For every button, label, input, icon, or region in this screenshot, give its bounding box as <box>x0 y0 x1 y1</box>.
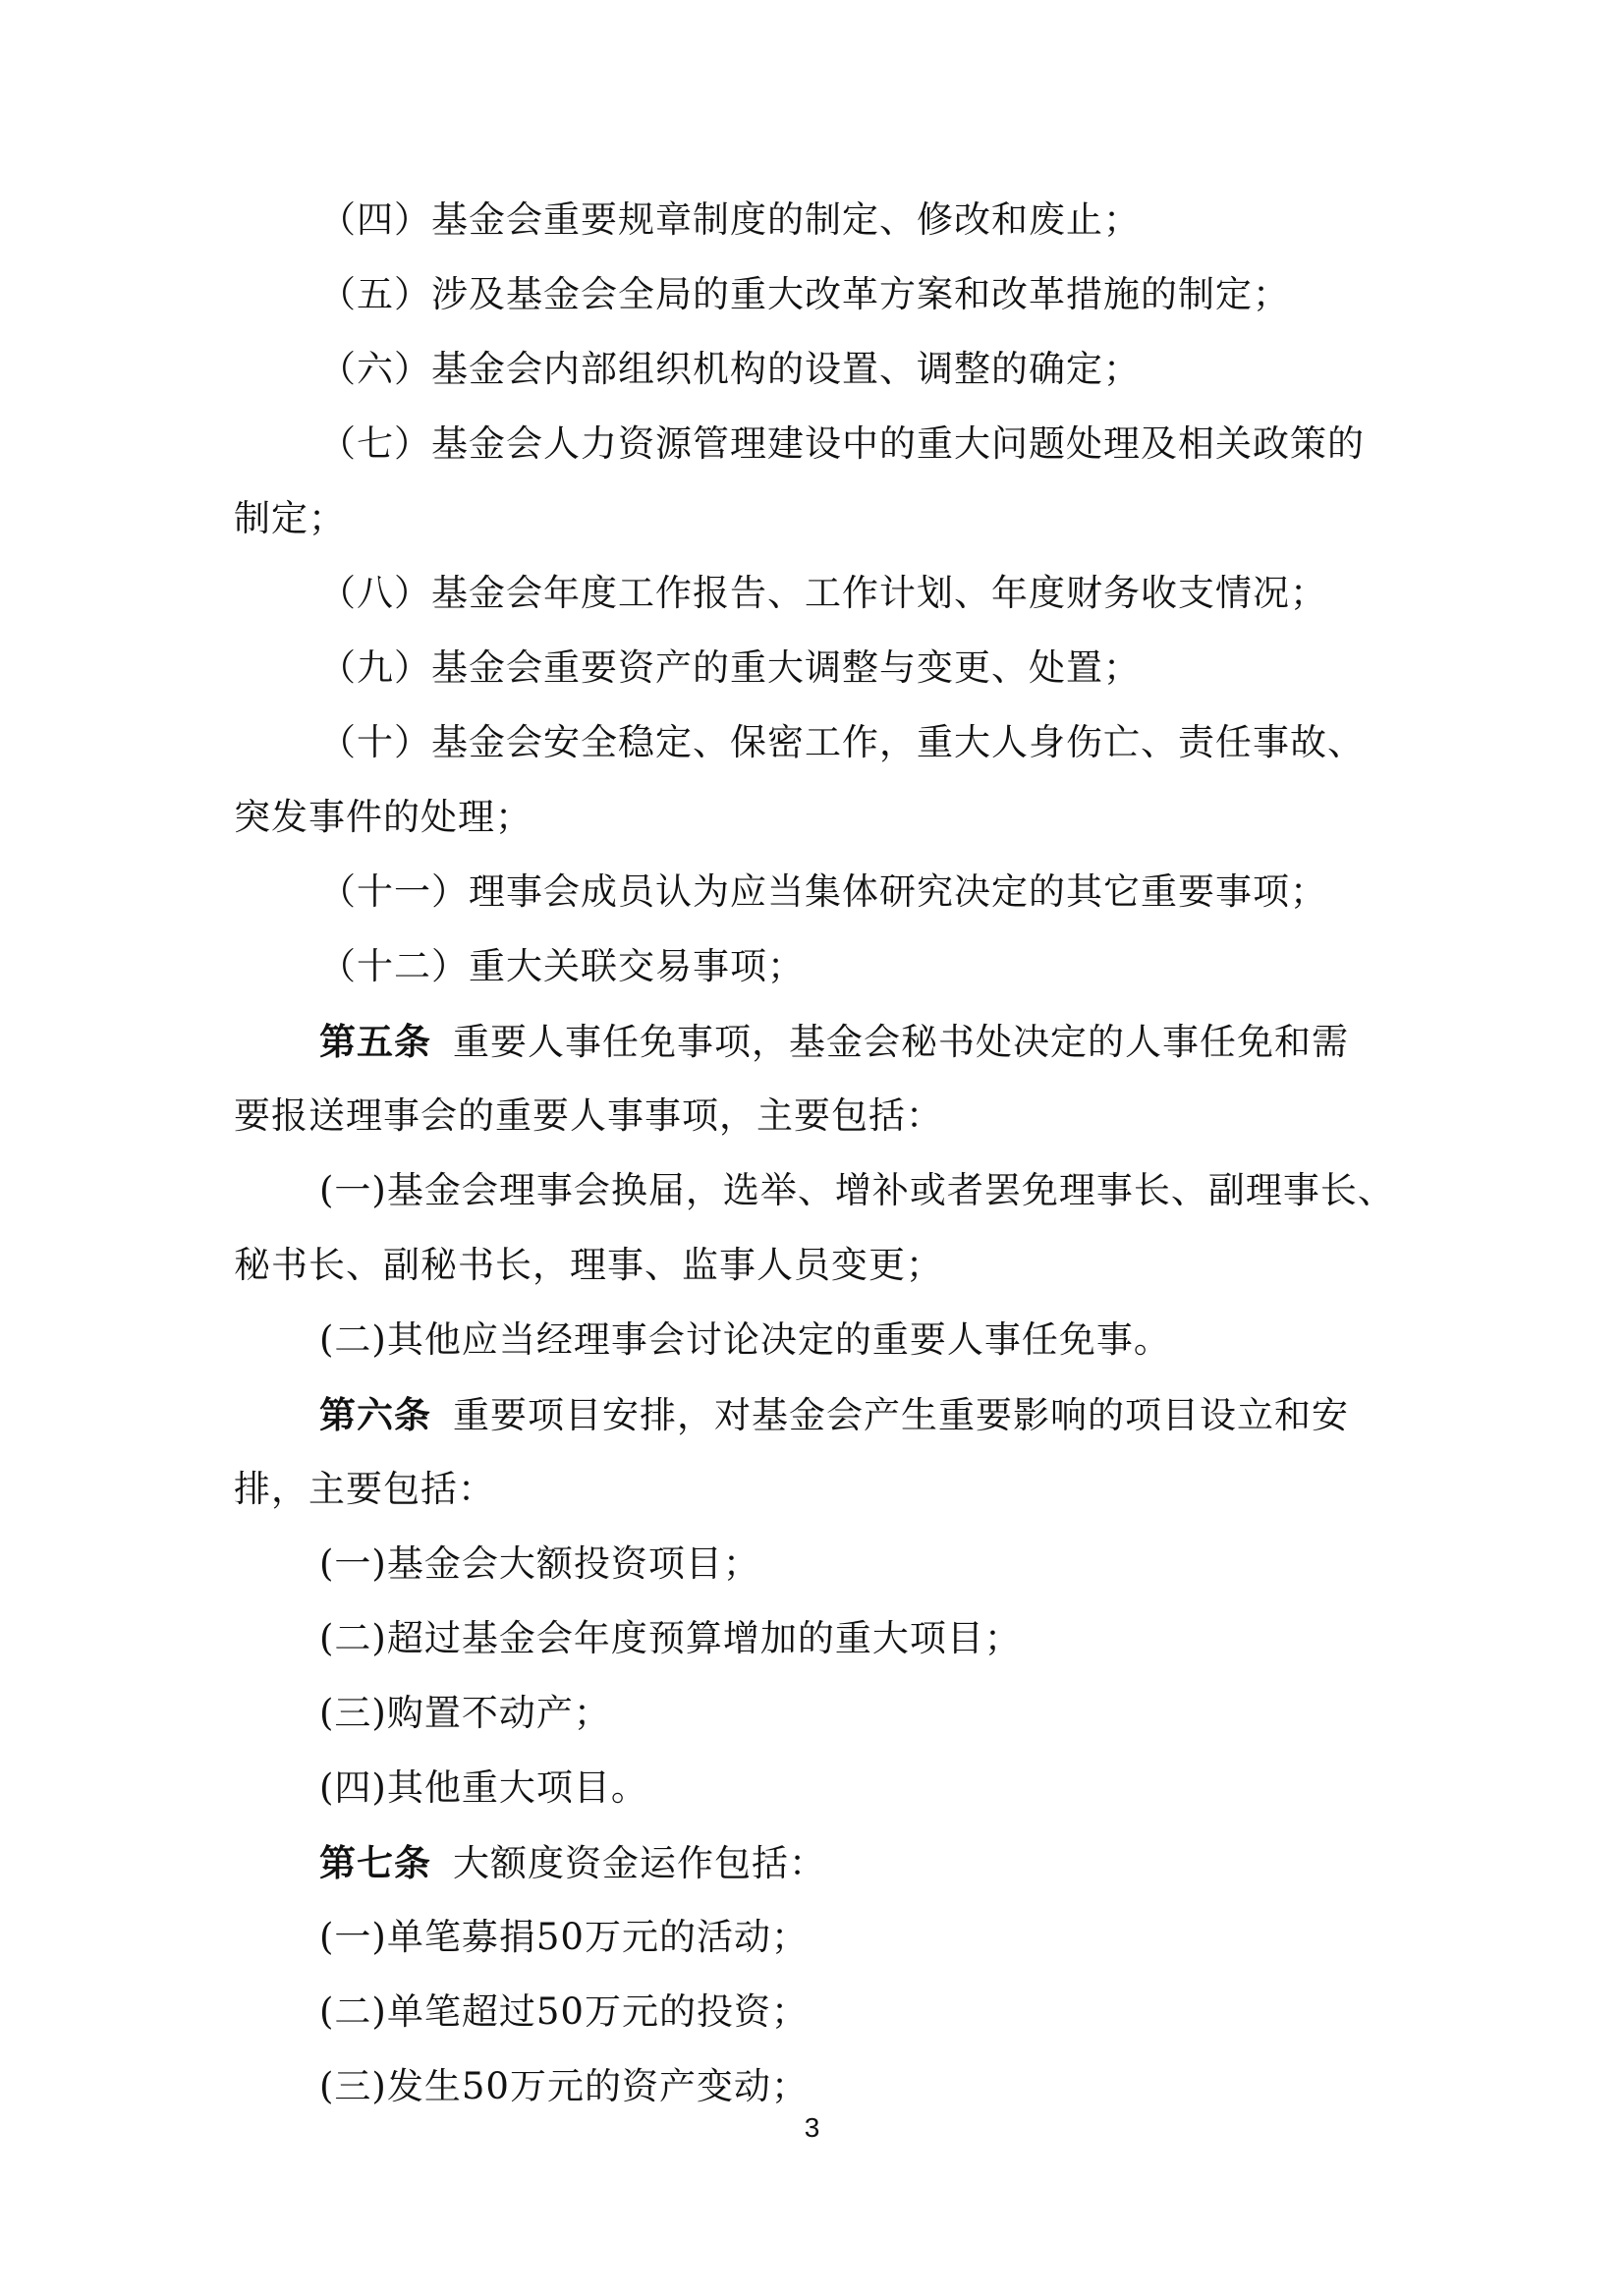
list-item: (二)单笔超过50万元的投资； <box>319 1988 1508 2036</box>
list-item-continuation: 突发事件的处理； <box>234 794 1423 841</box>
list-item: (三)发生50万元的资产变动； <box>319 2063 1508 2110</box>
article-text: 重要人事任免事项，基金会秘书处决定的人事任免和需 <box>453 1021 1349 1063</box>
list-item-continuation: 秘书长、副秘书长，理事、监事人员变更； <box>234 1242 1423 1289</box>
list-item: （五）涉及基金会全局的重大改革方案和改革措施的制定； <box>319 271 1508 318</box>
list-item: （十二）重大关联交易事项； <box>319 943 1508 990</box>
article-text-continuation: 排，主要包括： <box>234 1466 1423 1513</box>
list-item: (三)购置不动产； <box>319 1690 1508 1737</box>
list-item: (一)基金会理事会换届，选举、增补或者罢免理事长、副理事长、 <box>319 1167 1508 1214</box>
list-item: （九）基金会重要资产的重大调整与变更、处置； <box>319 644 1508 692</box>
article-5: 第五条重要人事任免事项，基金会秘书处决定的人事任免和需 <box>319 1018 1508 1066</box>
article-text-continuation: 要报送理事会的重要人事事项，主要包括： <box>234 1092 1423 1140</box>
article-7: 第七条大额度资金运作包括： <box>319 1839 1508 1887</box>
list-item: (一)单笔募捐50万元的活动； <box>319 1914 1508 1961</box>
list-item: （六）基金会内部组织机构的设置、调整的确定； <box>319 346 1508 393</box>
document-page: （四）基金会重要规章制度的制定、修改和废止； （五）涉及基金会全局的重大改革方案… <box>0 0 1624 2296</box>
list-item: （七）基金会人力资源管理建设中的重大问题处理及相关政策的 <box>319 420 1508 468</box>
list-item-continuation: 制定； <box>234 495 1423 542</box>
list-item: （十）基金会安全稳定、保密工作，重大人身伤亡、责任事故、 <box>319 719 1508 766</box>
article-heading: 第六条 <box>319 1393 431 1436</box>
article-heading: 第七条 <box>319 1841 431 1884</box>
list-item: (二)超过基金会年度预算增加的重大项目； <box>319 1615 1508 1662</box>
list-item: (一)基金会大额投资项目； <box>319 1540 1508 1588</box>
page-number: 3 <box>0 2112 1624 2144</box>
article-6: 第六条重要项目安排，对基金会产生重要影响的项目设立和安 <box>319 1391 1508 1439</box>
list-item: (二)其他应当经理事会讨论决定的重要人事任免事。 <box>319 1316 1508 1364</box>
list-item: (四)其他重大项目。 <box>319 1764 1508 1812</box>
list-item: （四）基金会重要规章制度的制定、修改和废止； <box>319 196 1508 244</box>
list-item: （八）基金会年度工作报告、工作计划、年度财务收支情况； <box>319 570 1508 617</box>
article-text: 大额度资金运作包括： <box>453 1842 826 1884</box>
article-heading: 第五条 <box>319 1020 431 1063</box>
list-item: （十一）理事会成员认为应当集体研究决定的其它重要事项； <box>319 868 1508 916</box>
article-text: 重要项目安排，对基金会产生重要影响的项目设立和安 <box>453 1394 1349 1436</box>
